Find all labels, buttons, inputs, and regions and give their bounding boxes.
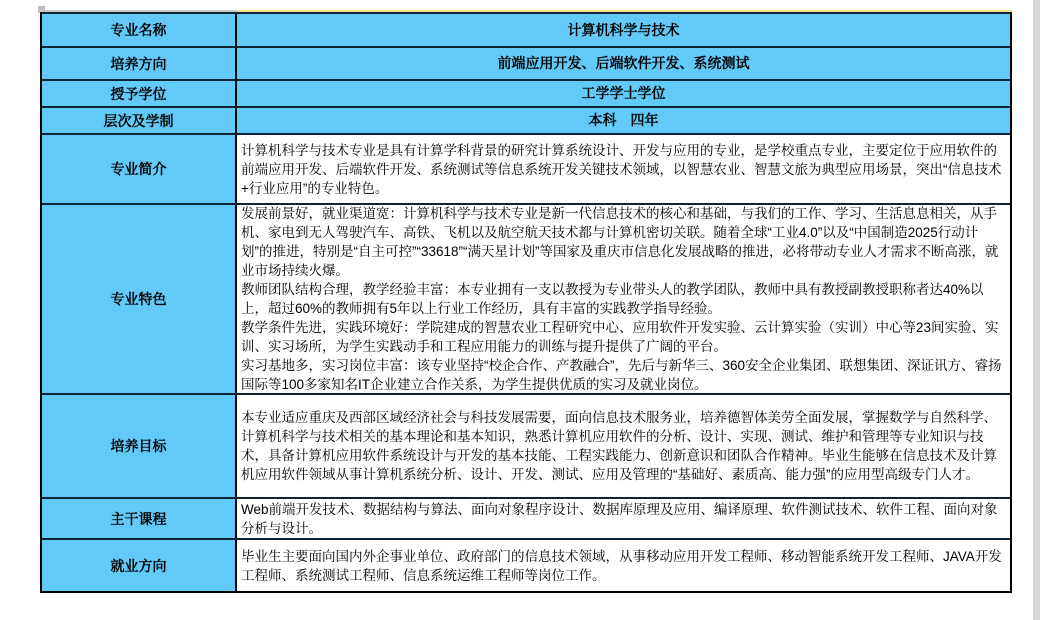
- row-label: 培养目标: [42, 395, 237, 497]
- table-row-degree-awarded: 授予学位 工学学士学位: [42, 79, 1010, 106]
- table-top-border-highlight: [237, 10, 1012, 12]
- row-value: 计算机科学与技术专业是具有计算学科背景的研究计算系统设计、开发与应用的专业，是学…: [237, 135, 1010, 203]
- table-row-main-courses: 主干课程 Web前端开发技术、数据结构与算法、面向对象程序设计、数据库原理及应用…: [42, 497, 1010, 538]
- row-label: 授予学位: [42, 81, 237, 106]
- table-row-training-direction: 培养方向 前端应用开发、后端软件开发、系统测试: [42, 46, 1010, 79]
- row-value: 前端应用开发、后端软件开发、系统测试: [237, 48, 1010, 79]
- major-info-table: 专业名称 计算机科学与技术 培养方向 前端应用开发、后端软件开发、系统测试 授予…: [40, 12, 1012, 593]
- table-row-employment-direction: 就业方向 毕业生主要面向国内外企事业单位、政府部门的信息技术领域，从事移动应用开…: [42, 538, 1010, 591]
- row-label: 就业方向: [42, 540, 237, 591]
- table-row-major-introduction: 专业简介 计算机科学与技术专业是具有计算学科背景的研究计算系统设计、开发与应用的…: [42, 133, 1010, 203]
- row-value: Web前端开发技术、数据结构与算法、面向对象程序设计、数据库原理及应用、编译原理…: [237, 499, 1010, 538]
- row-value: 工学学士学位: [237, 81, 1010, 106]
- row-value: 本专业适应重庆及西部区域经济社会与科技发展需要，面向信息技术服务业，培养德智体美…: [237, 395, 1010, 497]
- table-row-level-duration: 层次及学制 本科 四年: [42, 106, 1010, 133]
- row-label: 专业特色: [42, 205, 237, 393]
- table-top-border-left: [40, 10, 237, 12]
- row-value: 计算机科学与技术: [237, 14, 1010, 46]
- row-label: 层次及学制: [42, 108, 237, 133]
- window-edge-gutter: [1033, 0, 1040, 620]
- row-value: 毕业生主要面向国内外企事业单位、政府部门的信息技术领域，从事移动应用开发工程师、…: [237, 540, 1010, 591]
- table-row-major-features: 专业特色 发展前景好，就业渠道宽：计算机科学与技术专业是新一代信息技术的核心和基…: [42, 203, 1010, 393]
- table-row-training-objectives: 培养目标 本专业适应重庆及西部区域经济社会与科技发展需要，面向信息技术服务业，培…: [42, 393, 1010, 497]
- row-label: 培养方向: [42, 48, 237, 79]
- page: 专业名称 计算机科学与技术 培养方向 前端应用开发、后端软件开发、系统测试 授予…: [0, 0, 1040, 620]
- row-label: 专业简介: [42, 135, 237, 203]
- row-label: 主干课程: [42, 499, 237, 538]
- table-row-major-name: 专业名称 计算机科学与技术: [42, 12, 1010, 46]
- row-label: 专业名称: [42, 14, 237, 46]
- row-value: 发展前景好，就业渠道宽：计算机科学与技术专业是新一代信息技术的核心和基础，与我们…: [237, 205, 1010, 393]
- row-value: 本科 四年: [237, 108, 1010, 133]
